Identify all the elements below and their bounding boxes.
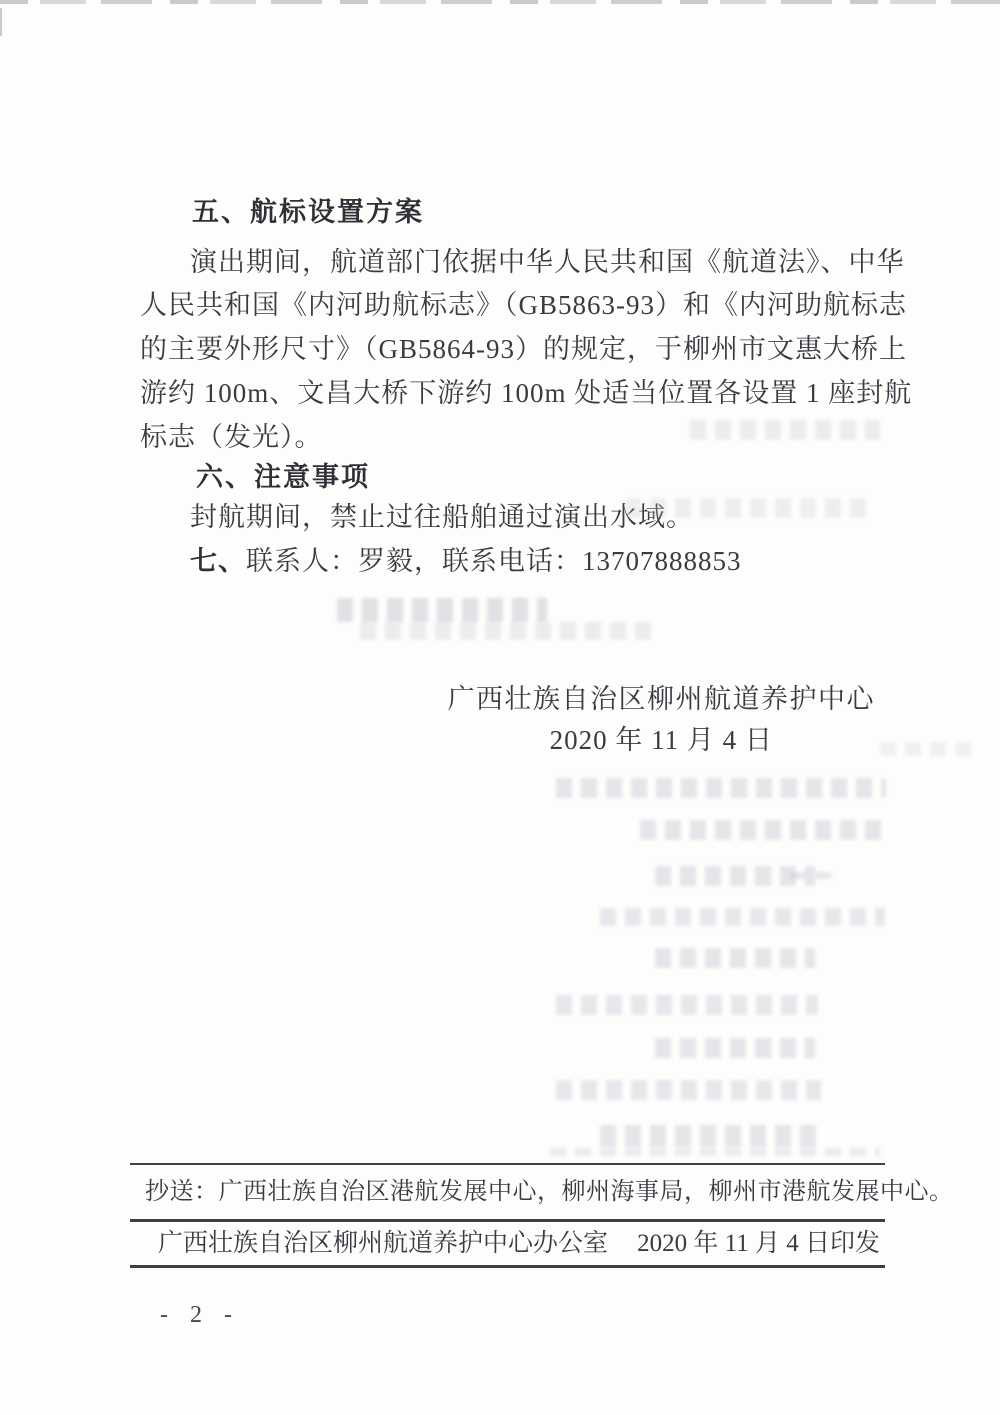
bleed-through-artifact <box>880 742 980 756</box>
signature-block: 广西壮族自治区柳州航道养护中心 2020 年 11 月 4 日 <box>448 682 876 757</box>
footer-rule-top <box>130 1163 885 1165</box>
footer-issuing-office: 广西壮族自治区柳州航道养护中心办公室 <box>158 1229 608 1259</box>
bleed-through-artifact <box>655 1038 815 1058</box>
section-5-line-4: 游约 100m、文昌大桥下游约 100m 处适当位置各设置 1 座封航 <box>140 378 912 408</box>
bleed-through-artifact <box>625 498 875 518</box>
footer-rule-middle <box>130 1219 885 1222</box>
bleed-through-artifact <box>556 778 886 798</box>
footer-cc-line: 抄送：广西壮族自治区港航发展中心，柳州海事局，柳州市港航发展中心。 <box>145 1177 954 1207</box>
bleed-through-artifact <box>556 995 818 1015</box>
signature-date: 2020 年 11 月 4 日 <box>448 723 876 757</box>
page-number: - 2 - <box>160 1302 234 1329</box>
bleed-through-artifact <box>600 908 885 926</box>
scanned-document-page: 五、航标设置方案 演出期间，航道部门依据中华人民共和国《航道法》、中华 人民共和… <box>0 0 1000 1415</box>
signature-organization: 广西壮族自治区柳州航道养护中心 <box>448 682 876 716</box>
section-7-line: 七、联系人：罗毅，联系电话：13707888853 <box>190 546 742 576</box>
bleed-through-artifact <box>690 420 880 440</box>
bleed-through-artifact <box>360 622 660 640</box>
section-5-line-2: 人民共和国《内河助航标志》（GB5863-93）和《内河助航标志 <box>140 290 907 320</box>
bleed-through-artifact <box>655 948 815 968</box>
section-6-body: 封航期间，禁止过往船舶通过演出水域。 <box>190 502 694 532</box>
section-5-line-1: 演出期间，航道部门依据中华人民共和国《航道法》、中华 <box>190 247 905 277</box>
bleed-through-artifact <box>337 598 547 622</box>
section-7-number: 七、 <box>190 546 246 576</box>
section-5-heading: 五、航标设置方案 <box>192 196 424 228</box>
scan-artifact-left-edge <box>0 8 2 36</box>
bleed-through-artifact <box>790 872 835 879</box>
section-7-text: 联系人：罗毅，联系电话：13707888853 <box>246 546 742 576</box>
bleed-through-artifact <box>640 820 885 840</box>
bleed-through-artifact <box>556 1080 821 1100</box>
bleed-through-artifact <box>550 1148 880 1156</box>
bleed-through-artifact <box>600 1125 825 1147</box>
section-5-line-5: 标志（发光）。 <box>140 422 323 452</box>
footer-issuer-row: 广西壮族自治区柳州航道养护中心办公室 2020 年 11 月 4 日印发 <box>158 1229 880 1259</box>
footer-print-date: 2020 年 11 月 4 日印发 <box>637 1229 880 1259</box>
footer-rule-bottom <box>130 1265 885 1268</box>
section-5-line-3: 的主要外形尺寸》（GB5864-93）的规定，于柳州市文惠大桥上 <box>140 334 907 364</box>
section-6-heading: 六、注意事项 <box>196 461 370 493</box>
scan-artifact-top-edge <box>0 0 1000 4</box>
